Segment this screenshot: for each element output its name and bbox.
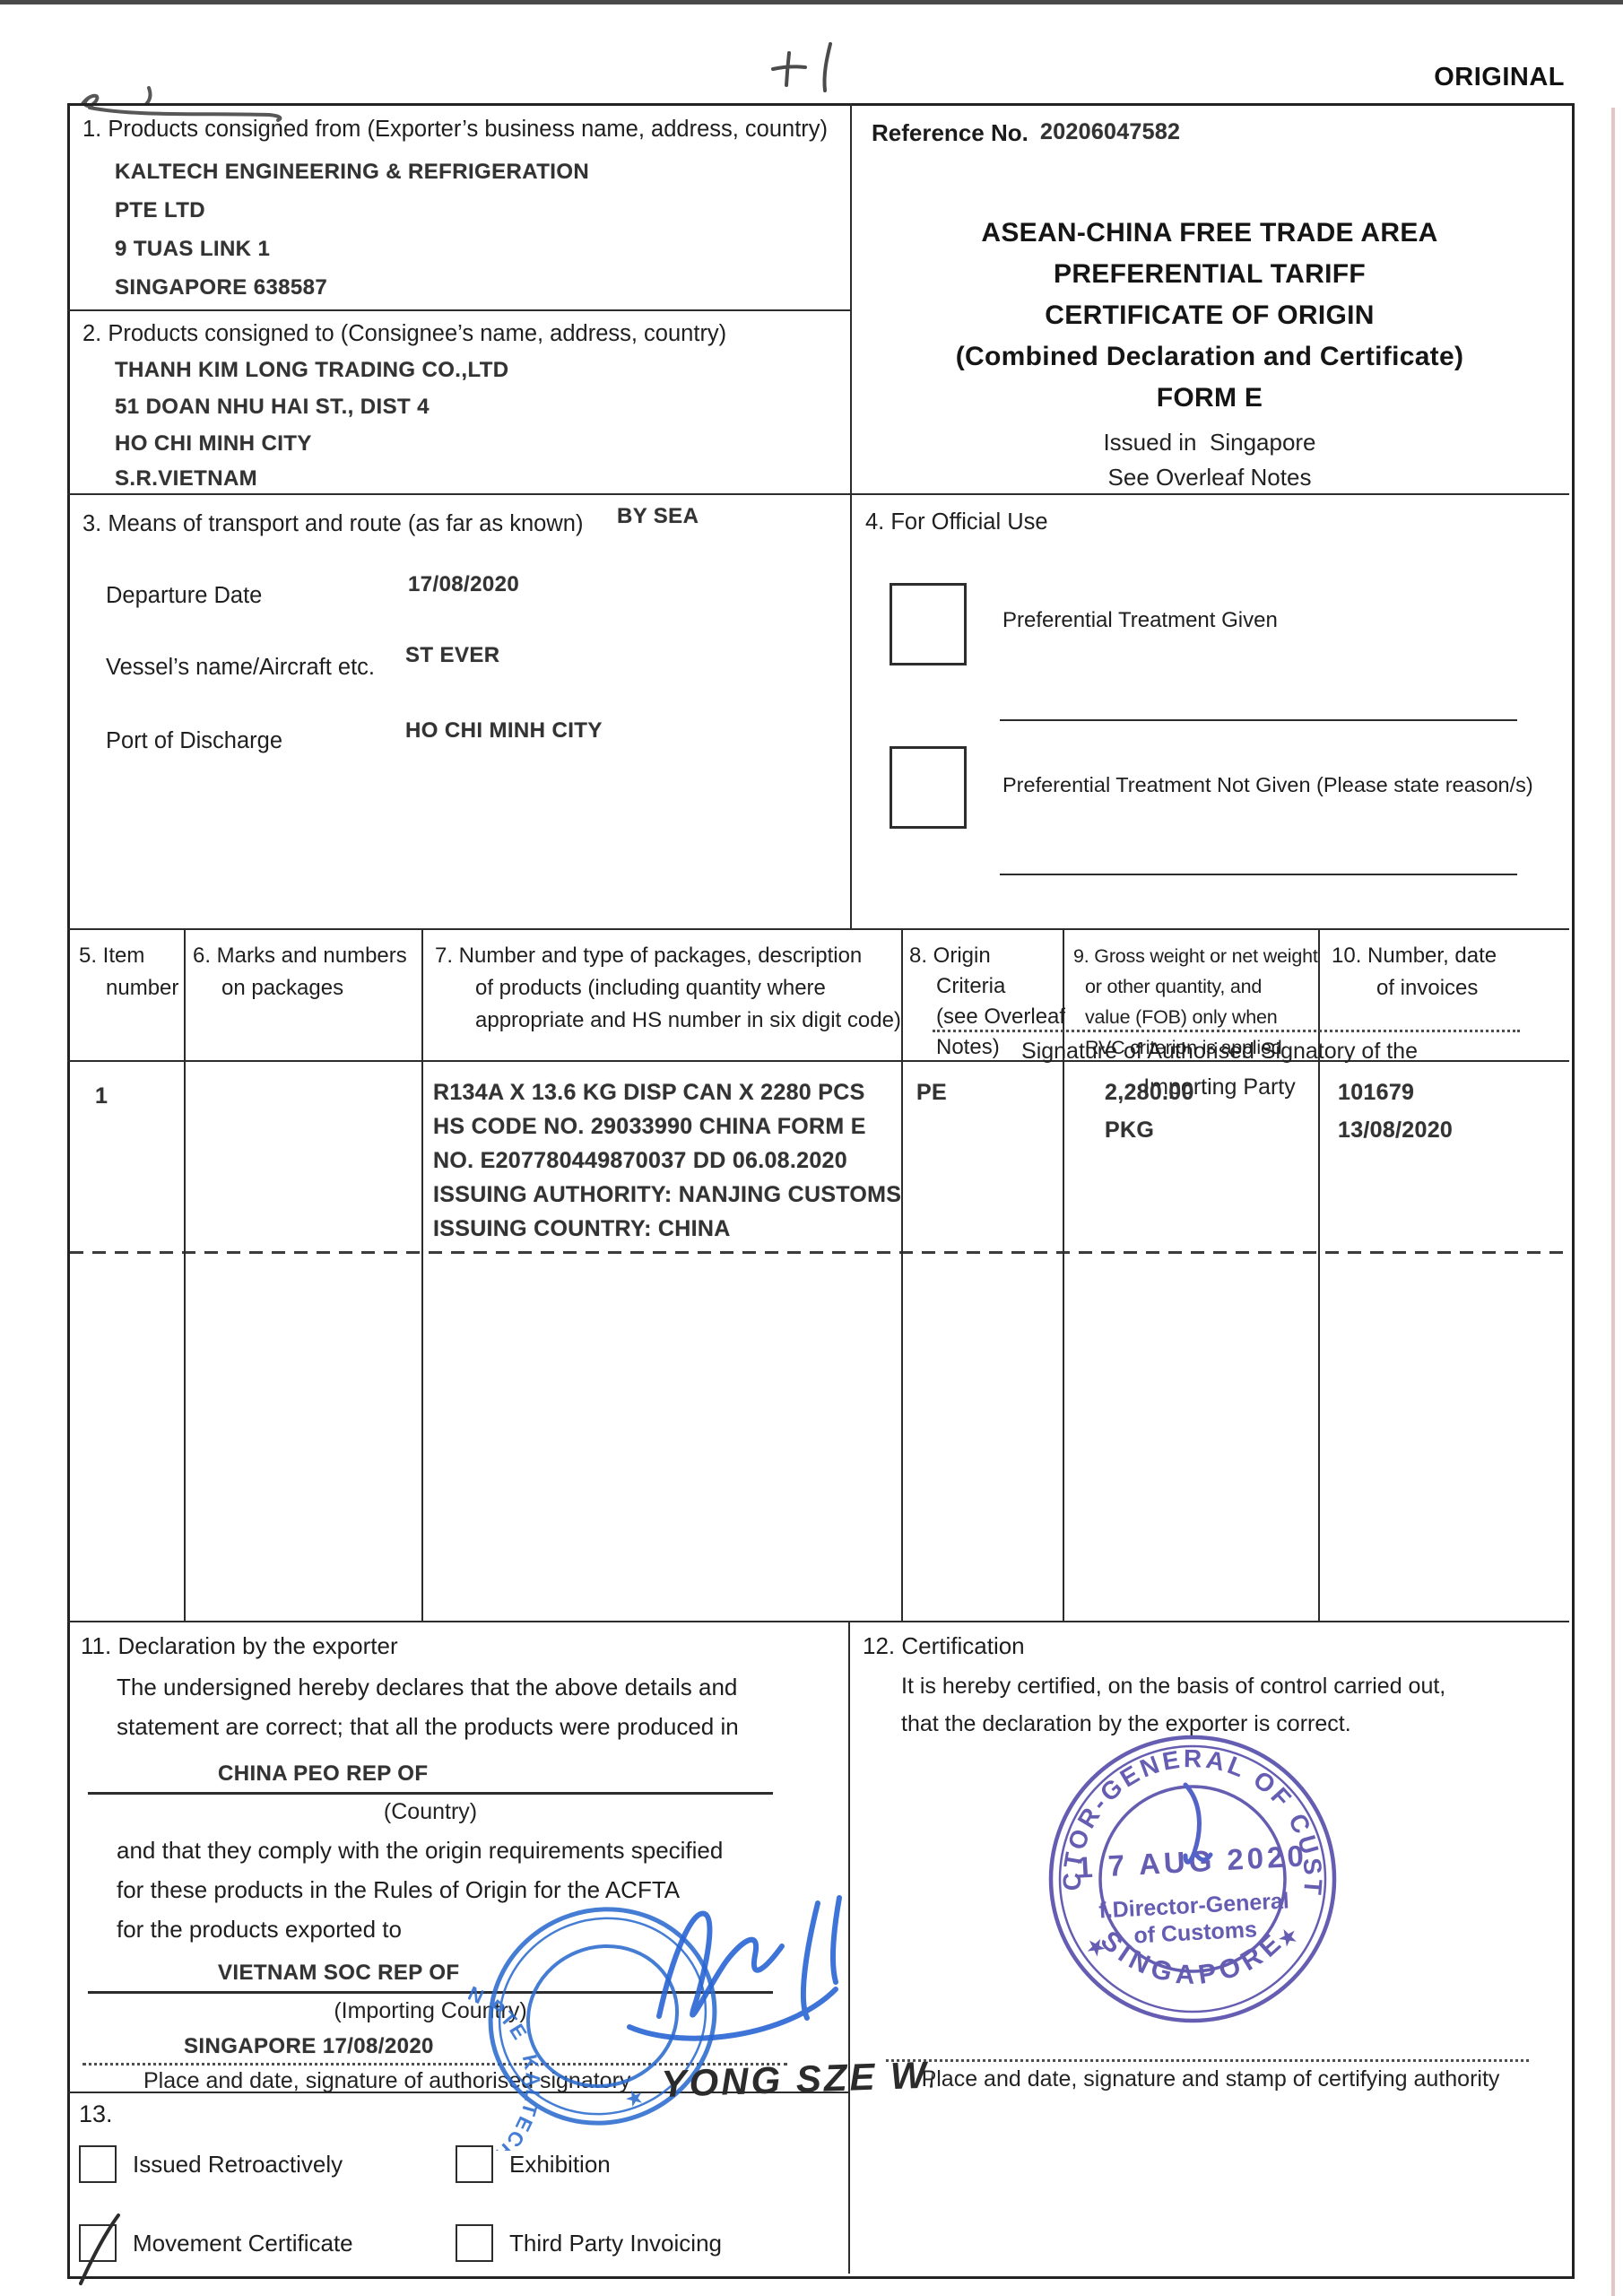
exporter-signature-caption: Place and date, signature of authorised … bbox=[143, 2068, 630, 2094]
description-line: HS CODE NO. 29033990 CHINA FORM E bbox=[433, 1114, 866, 1140]
box12-label: 12. Certification bbox=[863, 1632, 1025, 1660]
col6-header-line: 6. Marks and numbers bbox=[193, 944, 407, 969]
col7-header-line: appropriate and HS number in six digit c… bbox=[475, 1008, 901, 1033]
box11-box12-divider bbox=[848, 1621, 850, 2274]
consignee-address-line: 51 DOAN NHU HAI ST., DIST 4 bbox=[115, 395, 430, 420]
third-party-invoicing-label: Third Party Invoicing bbox=[509, 2230, 722, 2257]
table-bottom-border bbox=[67, 1621, 1569, 1622]
reason-line-1 bbox=[1000, 719, 1517, 721]
certificate-title-line: ASEAN-CHINA FREE TRADE AREA bbox=[852, 218, 1567, 248]
issued-retroactively-checkbox bbox=[79, 2145, 117, 2183]
importing-signatory-dotted-line bbox=[933, 1030, 1520, 1032]
col8-header-line: Criteria bbox=[936, 974, 1005, 999]
box11-label: 11. Declaration by the exporter bbox=[81, 1632, 398, 1660]
exhibition-label: Exhibition bbox=[509, 2151, 611, 2179]
col8-header-line: 8. Origin bbox=[909, 944, 991, 969]
box3-label: 3. Means of transport and route (as far … bbox=[82, 511, 583, 537]
country-underline bbox=[88, 1792, 773, 1795]
table-row-dashed-divider bbox=[70, 1251, 1567, 1254]
departure-date-label: Departure Date bbox=[106, 583, 262, 609]
declaration-paragraph-line: The undersigned hereby declares that the… bbox=[117, 1674, 737, 1701]
exporter-address-line: SINGAPORE 638587 bbox=[115, 275, 327, 300]
origin-criteria-value: PE bbox=[916, 1080, 947, 1106]
issued-retroactively-label: Issued Retroactively bbox=[133, 2151, 343, 2179]
third-party-invoicing-checkbox bbox=[456, 2224, 493, 2262]
col6-header-line: on packages bbox=[221, 976, 343, 1001]
col5-header-line: 5. Item bbox=[79, 944, 144, 969]
importing-country-underline bbox=[88, 1991, 773, 1994]
movement-certificate-checkbox bbox=[79, 2224, 117, 2262]
overleaf-note: See Overleaf Notes bbox=[852, 464, 1567, 491]
vessel-name-value: ST EVER bbox=[405, 643, 500, 668]
description-line: R134A X 13.6 KG DISP CAN X 2280 PCS bbox=[433, 1080, 865, 1106]
preferential-given-checkbox bbox=[890, 583, 967, 665]
invoice-date-value: 13/08/2020 bbox=[1338, 1118, 1453, 1144]
declaration-paragraph-line: and that they comply with the origin req… bbox=[117, 1837, 723, 1865]
col8-header-line: (see Overleaf bbox=[936, 1004, 1065, 1030]
box4-label: 4. For Official Use bbox=[865, 509, 1048, 535]
port-of-discharge-label: Port of Discharge bbox=[106, 728, 282, 754]
place-date-value: SINGAPORE 17/08/2020 bbox=[184, 2034, 434, 2059]
col5-header-line: number bbox=[106, 976, 178, 1001]
preferential-not-given-checkbox bbox=[890, 746, 967, 829]
col9-header-line: 9. Gross weight or net weight bbox=[1073, 945, 1318, 968]
declaration-paragraph-line: for the products exported to bbox=[117, 1916, 402, 1944]
issued-in-line: Issued in Singapore bbox=[852, 429, 1567, 457]
table-col-line-1 bbox=[184, 928, 186, 1621]
consignee-address-line: THANH KIM LONG TRADING CO.,LTD bbox=[115, 358, 509, 383]
preferential-given-label: Preferential Treatment Given bbox=[1002, 608, 1278, 633]
transport-route-value: BY SEA bbox=[617, 504, 699, 529]
description-line: NO. E207780449870037 DD 06.08.2020 bbox=[433, 1148, 847, 1174]
handwritten-plus-mark bbox=[753, 31, 870, 112]
movement-certificate-label: Movement Certificate bbox=[133, 2230, 353, 2257]
port-of-discharge-value: HO CHI MINH CITY bbox=[405, 718, 603, 744]
table-col-line-2 bbox=[421, 928, 423, 1621]
certification-paragraph-line: that the declaration by the exporter is … bbox=[901, 1711, 1351, 1737]
certificate-title-line: (Combined Declaration and Certificate) bbox=[852, 342, 1567, 372]
col9-header-line: RVC criterion is applied bbox=[1085, 1037, 1281, 1059]
importing-country-caption: (Importing Country) bbox=[88, 1998, 773, 2024]
vessel-name-label: Vessel’s name/Aircraft etc. bbox=[106, 655, 375, 681]
reference-no-value: 20206047582 bbox=[1040, 119, 1180, 145]
col9-header-line: or other quantity, and bbox=[1085, 976, 1262, 998]
box13-label: 13. bbox=[79, 2100, 113, 2128]
col7-header-line: of products (including quantity where bbox=[475, 976, 826, 1001]
box1-box2-divider bbox=[67, 309, 850, 311]
importing-signatory-caption: Importing Party bbox=[888, 1074, 1551, 1100]
reason-line-2 bbox=[1000, 874, 1517, 875]
item-number-value: 1 bbox=[95, 1083, 108, 1109]
certificate-title-line: FORM E bbox=[852, 383, 1567, 413]
departure-date-value: 17/08/2020 bbox=[408, 572, 519, 597]
declaration-paragraph-line: statement are correct; that all the prod… bbox=[117, 1713, 739, 1741]
box2-box3-divider bbox=[67, 493, 1569, 495]
col9-header-line: value (FOB) only when bbox=[1085, 1006, 1277, 1029]
quantity-value: 2,280.00 bbox=[1105, 1080, 1194, 1106]
exporter-address-line: PTE LTD bbox=[115, 198, 205, 223]
issued-in-value: Singapore bbox=[1210, 429, 1316, 456]
certifying-authority-caption: Place and date, signature and stamp of c… bbox=[856, 2066, 1565, 2092]
consignee-address-line: S.R.VIETNAM bbox=[115, 466, 257, 491]
col10-header-line: 10. Number, date bbox=[1332, 944, 1497, 969]
col10-header-line: of invoices bbox=[1376, 976, 1478, 1001]
exporter-address-line: 9 TUAS LINK 1 bbox=[115, 237, 270, 262]
declaration-paragraph-line: for these products in the Rules of Origi… bbox=[117, 1876, 680, 1904]
table-col-line-3 bbox=[901, 928, 903, 1621]
exhibition-checkbox bbox=[456, 2145, 493, 2183]
issued-in-label: Issued in bbox=[1103, 429, 1196, 456]
table-top-border bbox=[67, 928, 1569, 930]
certificate-title-line: CERTIFICATE OF ORIGIN bbox=[852, 300, 1567, 331]
country-of-origin-value: CHINA PEO REP OF bbox=[218, 1761, 428, 1787]
description-line: ISSUING COUNTRY: CHINA bbox=[433, 1216, 731, 1242]
exporter-signature-dotted-line bbox=[82, 2063, 787, 2066]
certification-paragraph-line: It is hereby certified, on the basis of … bbox=[901, 1674, 1445, 1700]
copy-type-label: ORIGINAL bbox=[1381, 63, 1565, 92]
quantity-unit-value: PKG bbox=[1105, 1118, 1154, 1144]
box2-label: 2. Products consigned to (Consignee’s na… bbox=[82, 321, 726, 347]
consignee-address-line: HO CHI MINH CITY bbox=[115, 431, 312, 457]
country-caption: (Country) bbox=[88, 1799, 773, 1825]
scan-right-edge-artifact bbox=[1611, 108, 1615, 2296]
box1-label: 1. Products consigned from (Exporter’s b… bbox=[82, 117, 828, 143]
certificate-title-line: PREFERENTIAL TARIFF bbox=[852, 259, 1567, 290]
importing-country-value: VIETNAM SOC REP OF bbox=[218, 1961, 459, 1986]
reference-no-label: Reference No. bbox=[872, 119, 1028, 147]
invoice-number-value: 101679 bbox=[1338, 1080, 1414, 1106]
col7-header-line: 7. Number and type of packages, descript… bbox=[435, 944, 862, 969]
description-line: ISSUING AUTHORITY: NANJING CUSTOMS bbox=[433, 1182, 901, 1208]
preferential-not-given-label: Preferential Treatment Not Given (Please… bbox=[1002, 773, 1533, 797]
scanned-certificate-page: ORIGINAL 1. Products consigned from (Exp… bbox=[0, 0, 1623, 2296]
col8-header-line: Notes) bbox=[936, 1035, 1000, 1060]
exporter-address-line: KALTECH ENGINEERING & REFRIGERATION bbox=[115, 160, 589, 185]
scan-top-edge-artifact bbox=[0, 0, 1623, 4]
certifying-authority-dotted-line bbox=[886, 2059, 1529, 2062]
